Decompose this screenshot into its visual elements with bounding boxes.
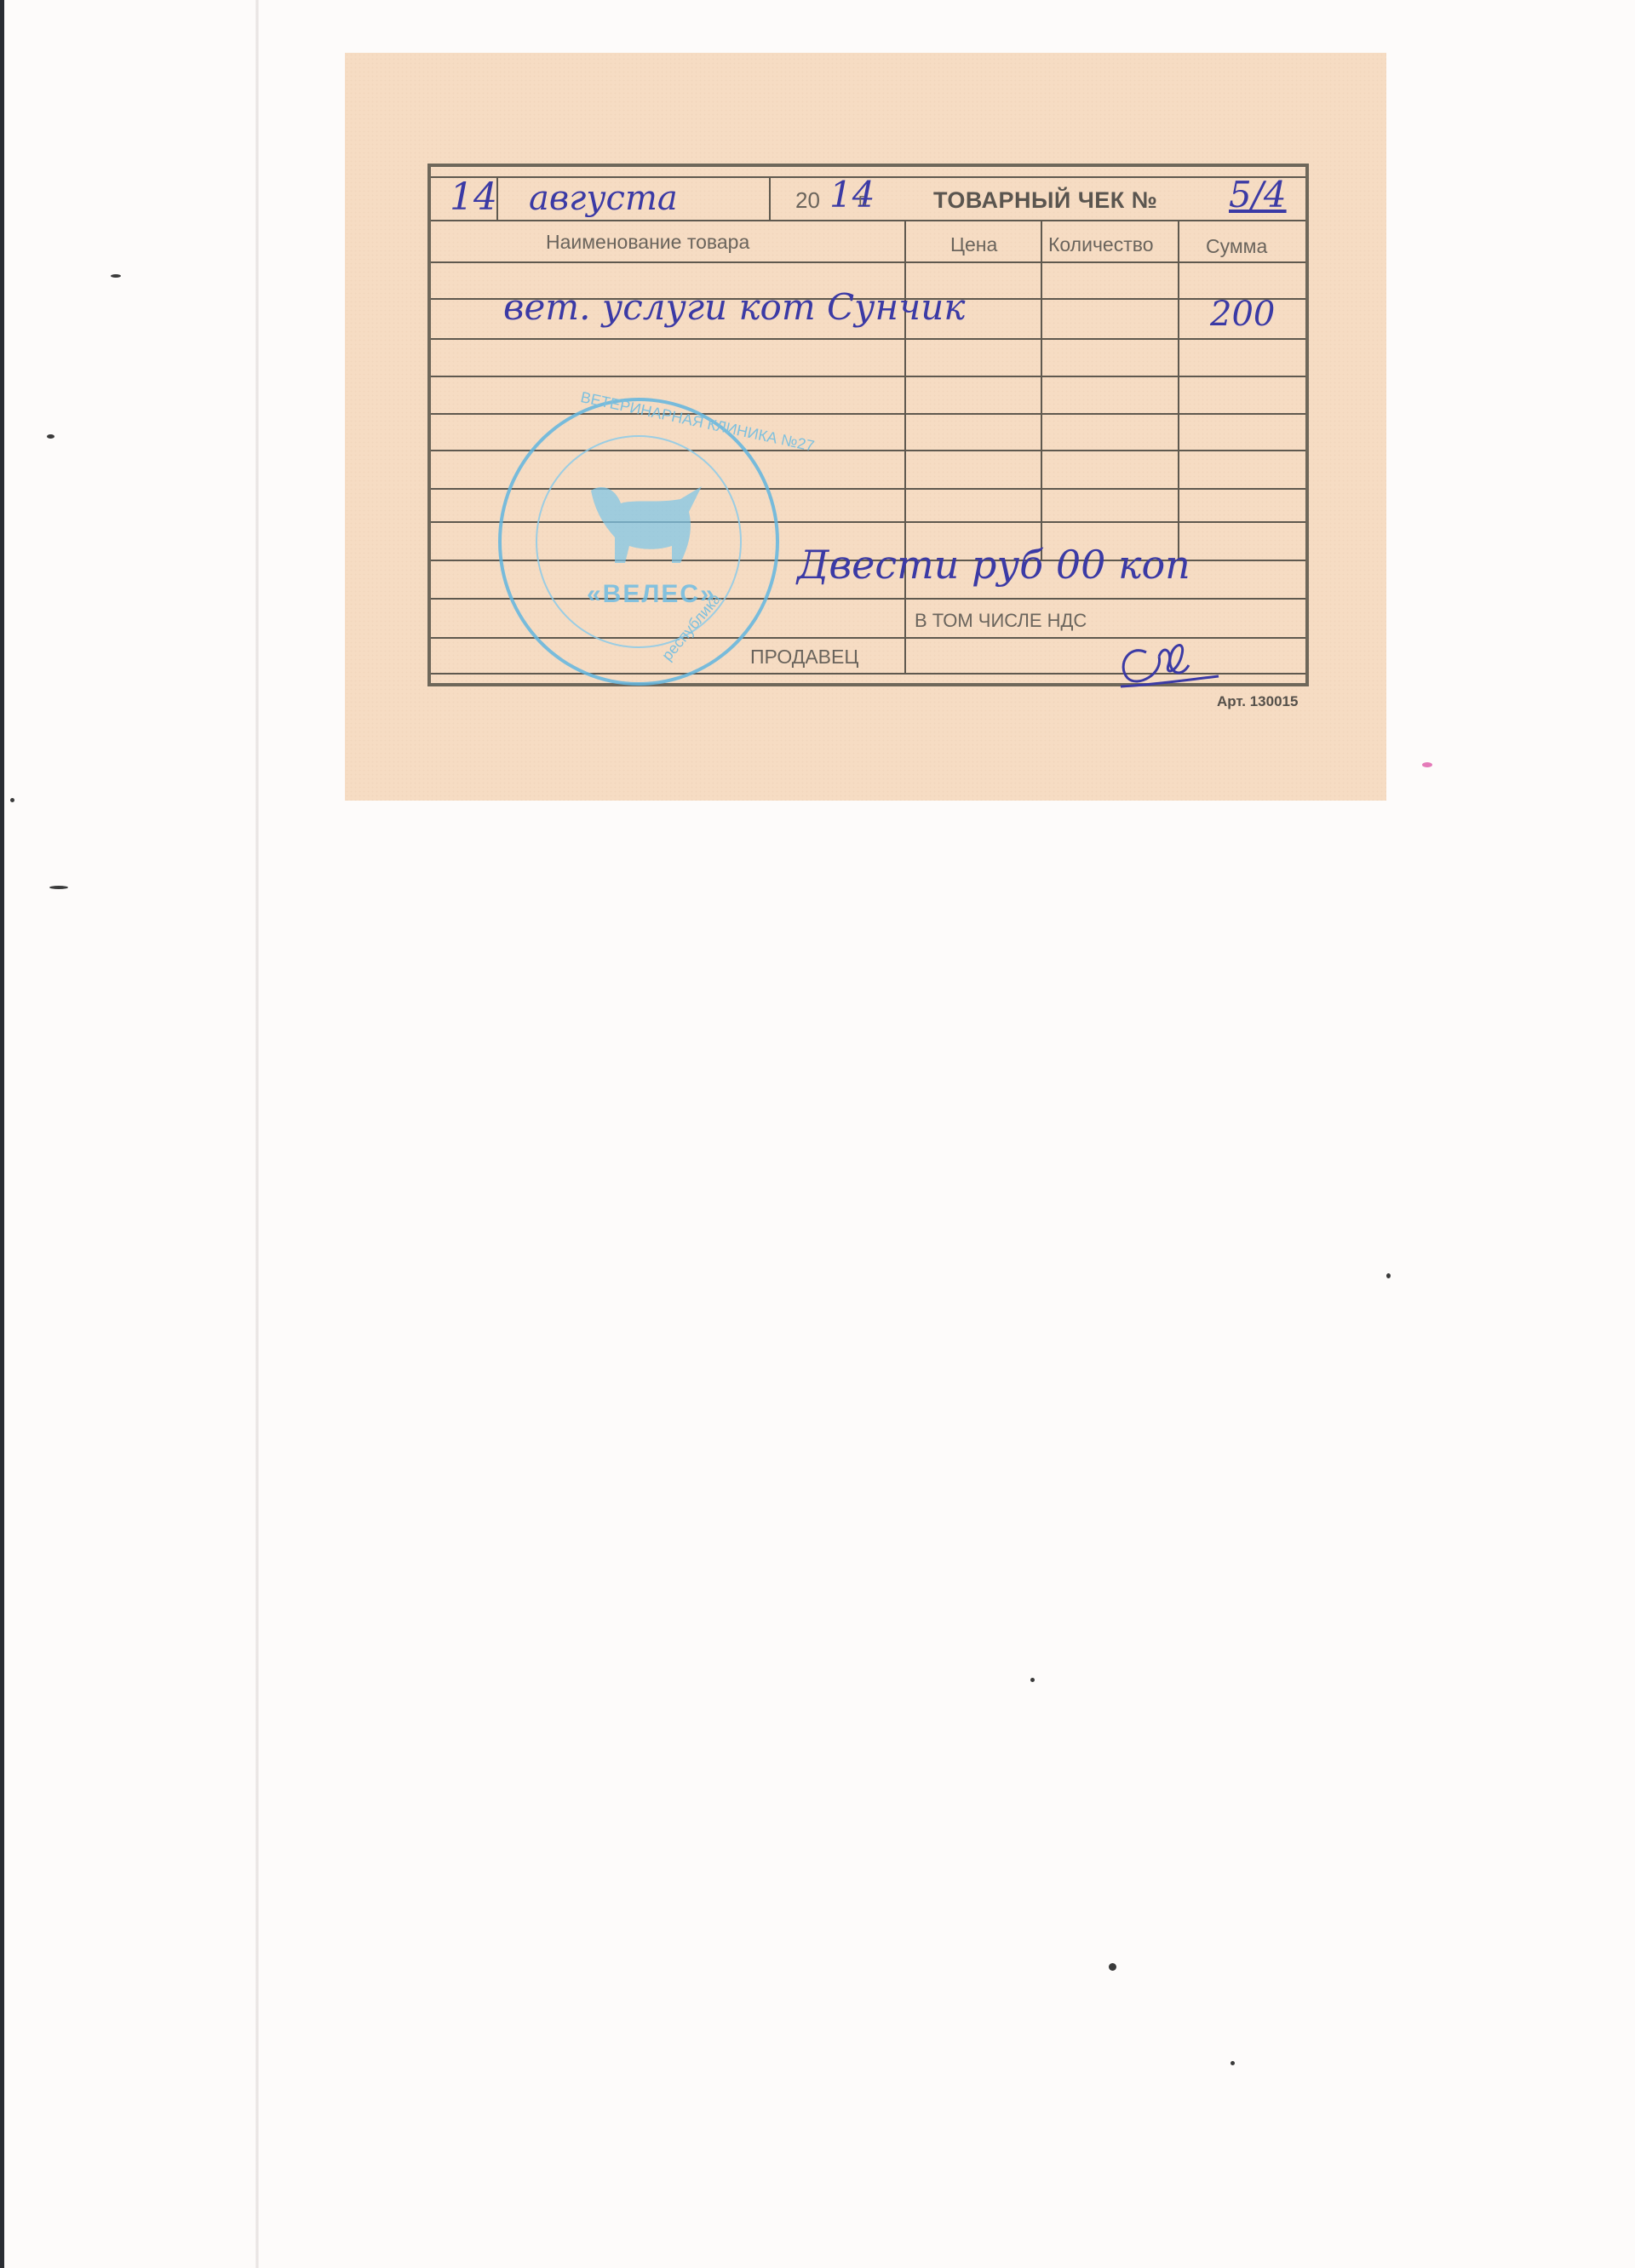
clinic-stamp: ВЕТЕРИНАРНАЯ КЛИНИКА №27 «ВЕЛЕС» республ… (498, 398, 779, 686)
date-divider (769, 176, 771, 220)
page-fold-line (255, 0, 259, 2268)
scan-edge (0, 0, 4, 2268)
year-unit: г. (858, 191, 867, 210)
date-day: 14 (450, 175, 497, 219)
article-number: Арт. 130015 (1217, 693, 1298, 710)
column-header-sum: Сумма (1206, 235, 1267, 258)
item-sum: 200 (1210, 295, 1275, 334)
speck (1231, 2061, 1235, 2065)
total-in-words: Двести руб 00 коп (797, 542, 1190, 588)
column-header-quantity: Количество (1048, 233, 1154, 256)
receipt-paper: 14 августа 20 14 г. ТОВАРНЫЙ ЧЕК № 5/4 Н… (345, 53, 1386, 801)
speck (1422, 762, 1432, 767)
vat-label: В ТОМ ЧИСЛЕ НДС (915, 610, 1087, 632)
speck (1386, 1273, 1391, 1278)
rule (431, 338, 1305, 340)
dog-emblem-icon (582, 478, 710, 571)
column-divider-quantity (1041, 220, 1042, 560)
year-prefix: 20 (795, 187, 820, 214)
seller-signature-icon (1112, 627, 1223, 695)
rule (431, 261, 1305, 263)
rule (431, 413, 1305, 415)
receipt-number: 5/4 (1229, 174, 1287, 215)
rule (431, 376, 1305, 377)
column-header-price: Цена (950, 233, 997, 256)
column-divider-sum (1178, 220, 1179, 560)
speck (1030, 1678, 1035, 1682)
receipt-title: ТОВАРНЫЙ ЧЕК № (933, 187, 1157, 214)
date-year: 14 (829, 174, 875, 215)
speck (10, 798, 14, 802)
speck (111, 274, 121, 278)
speck (1109, 1963, 1116, 1971)
stamp-center-text: «ВЕЛЕС» (587, 580, 716, 609)
speck (47, 434, 54, 439)
rule (431, 220, 1305, 221)
date-month: августа (529, 179, 678, 218)
speck (49, 886, 68, 889)
column-header-name: Наименование товара (546, 231, 749, 254)
seller-label: ПРОДАВЕЦ (750, 646, 858, 669)
item-name: вет. услуги кот Сунчик (503, 286, 965, 328)
